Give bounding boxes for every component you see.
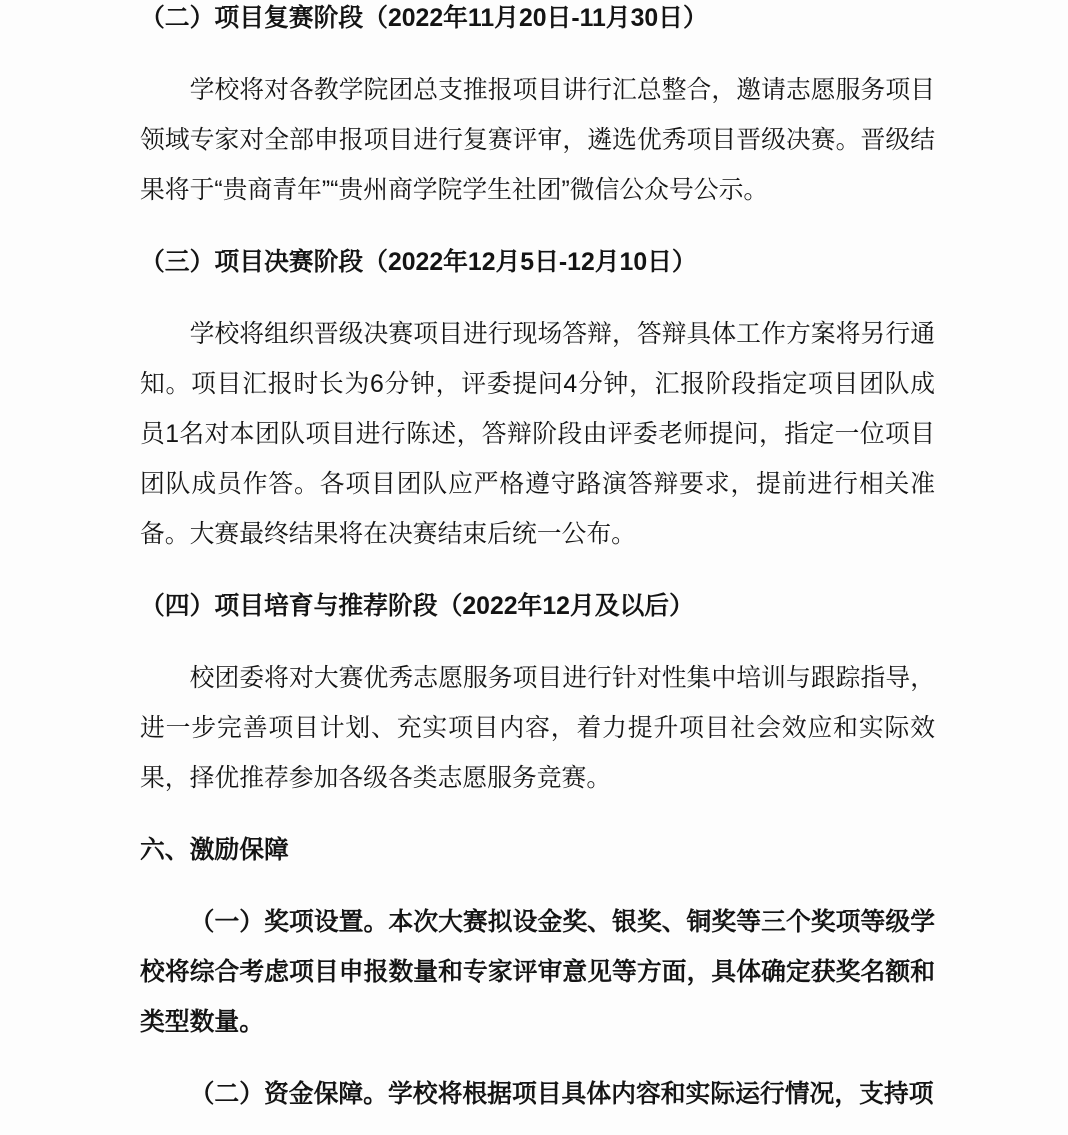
paragraph-stage-3: 学校将组织晋级决赛项目进行现场答辩，答辩具体工作方案将另行通知。项目汇报时长为6… (140, 310, 935, 560)
document-page: （二）项目复赛阶段（2022年11月20日-11月30日）学校将对各教学院团总支… (0, 0, 1068, 1129)
paragraph-funding: （二）资金保障。学校将根据项目具体内容和实际运行情况，支持项 (140, 1070, 935, 1120)
paragraph-awards: （一）奖项设置。本次大赛拟设金奖、银奖、铜奖等三个奖项等级学校将综合考虑项目申报… (140, 898, 935, 1048)
heading-stage-3: （三）项目决赛阶段（2022年12月5日-12月10日） (140, 238, 935, 288)
heading-stage-4: （四）项目培育与推荐阶段（2022年12月及以后） (140, 582, 935, 632)
heading-stage-2: （二）项目复赛阶段（2022年11月20日-11月30日） (140, 0, 935, 44)
paragraph-stage-2: 学校将对各教学院团总支推报项目讲行汇总整合，邀请志愿服务项目领域专家对全部申报项… (140, 66, 935, 216)
heading-section-6: 六、激励保障 (140, 826, 935, 876)
paragraph-stage-4: 校团委将对大赛优秀志愿服务项目进行针对性集中培训与跟踪指导，进一步完善项目计划、… (140, 654, 935, 804)
